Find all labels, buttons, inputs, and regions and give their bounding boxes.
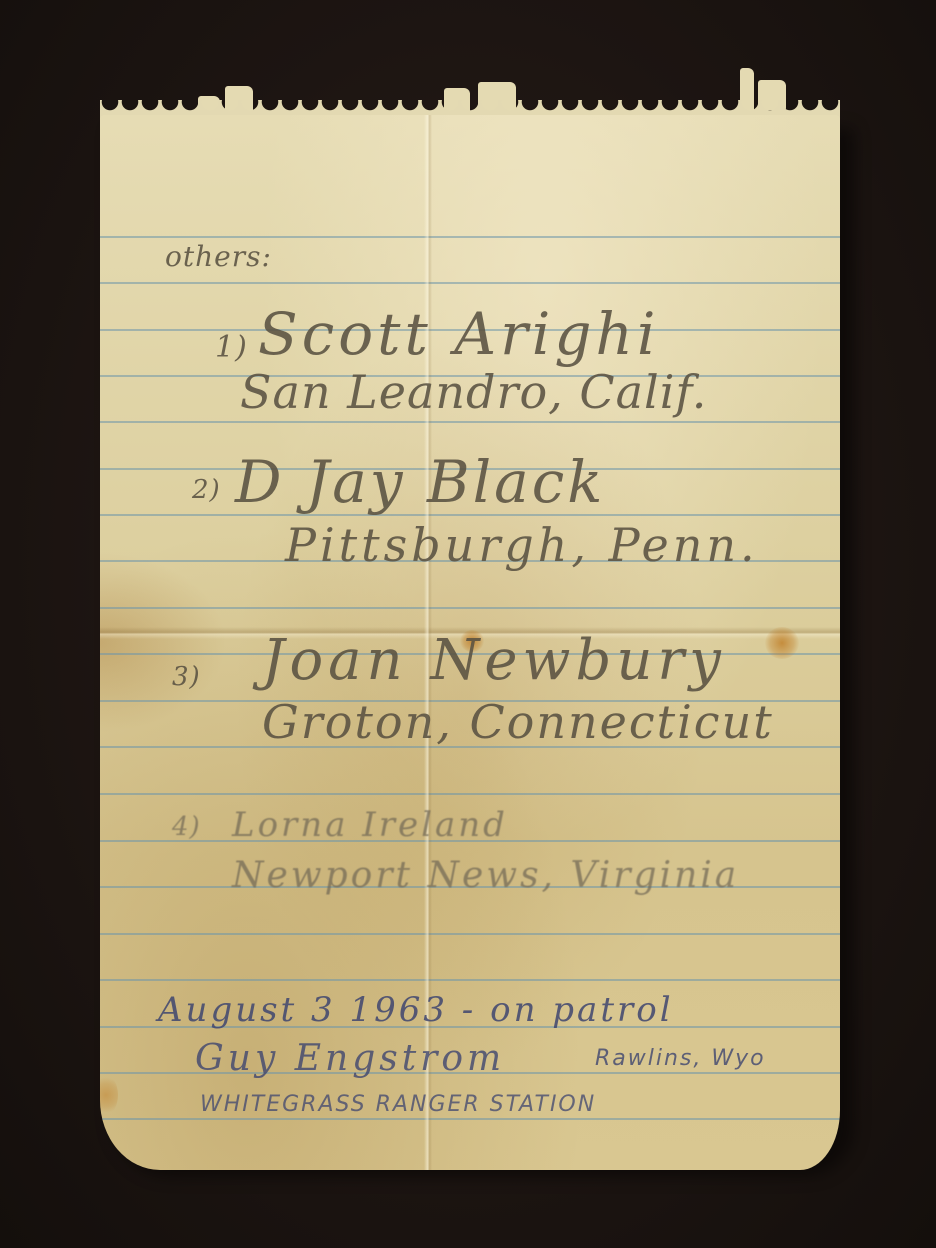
ruled-line: [100, 236, 840, 238]
ruled-line: [100, 421, 840, 423]
ruled-line: [100, 979, 840, 981]
ruled-line: [100, 933, 840, 935]
header-others: others:: [165, 240, 272, 273]
entry-2-location: Pittsburgh, Penn.: [285, 518, 759, 572]
entry-4-location: Newport News, Virginia: [232, 855, 739, 896]
entry-1-name: Scott Arighi: [258, 300, 659, 368]
entry-2-name: D Jay Black: [235, 448, 605, 516]
rust-stain: [100, 1075, 118, 1115]
footer-signature-location: Rawlins, Wyo: [595, 1046, 766, 1071]
entry-1-number: 1): [215, 330, 248, 365]
ruled-line: [100, 793, 840, 795]
ruled-line: [100, 282, 840, 284]
footer-date-line: August 3 1963 - on patrol: [158, 990, 674, 1030]
rust-stain: [765, 627, 799, 659]
entry-1-location: San Leandro, Calif.: [240, 365, 707, 419]
entry-3-name: Joan Newbury: [262, 628, 726, 693]
entry-2-number: 2): [192, 475, 221, 505]
ruled-line: [100, 607, 840, 609]
footer-signature: Guy Engstrom: [195, 1038, 505, 1079]
entry-4-name: Lorna Ireland: [232, 805, 508, 845]
entry-3-number: 3): [172, 662, 201, 692]
entry-3-location: Groton, Connecticut: [262, 695, 774, 749]
entry-4-number: 4): [172, 812, 201, 842]
footer-station: WHITEGRASS RANGER STATION: [200, 1092, 596, 1117]
ruled-line: [100, 1118, 840, 1120]
